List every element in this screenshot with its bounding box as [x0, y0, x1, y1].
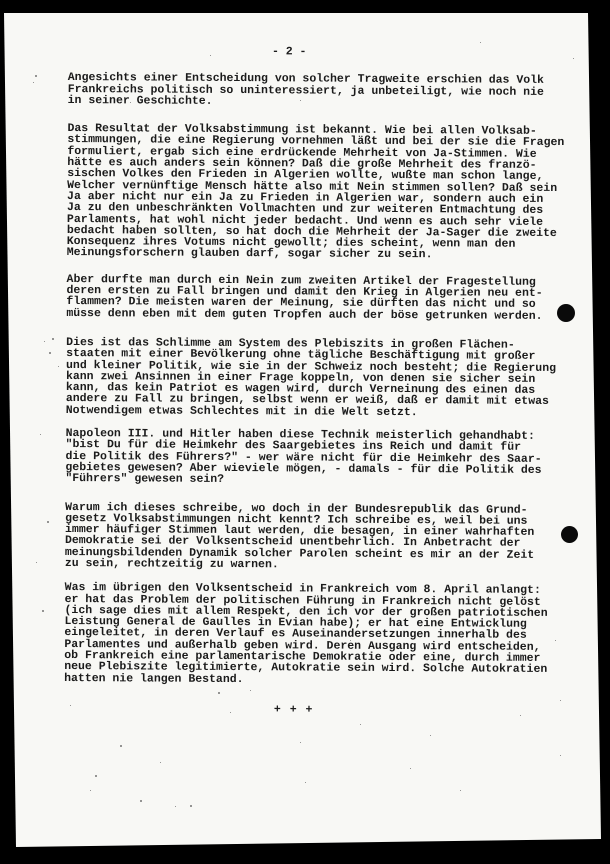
scan-speck [350, 640, 351, 641]
scan-speck [140, 800, 142, 802]
scan-speck [573, 58, 574, 59]
scan-speck [49, 352, 51, 354]
typewritten-text-block: - 2 - Angesichts einer Entscheidung von … [64, 45, 586, 717]
scan-speck [70, 705, 71, 706]
scan-speck [36, 562, 37, 563]
scan-background: { "colors": { "background": "#000000", "… [0, 0, 610, 864]
scan-speck [300, 742, 301, 743]
scan-speck [90, 790, 91, 791]
scan-speck [218, 692, 220, 694]
scan-speck [480, 42, 481, 43]
scan-speck [305, 782, 306, 783]
paragraph: Aber durfte man durch ein Nein zum zweit… [66, 274, 584, 322]
paragraph: Was im übrigen den Volksentscheid in Fra… [64, 582, 583, 687]
scan-speck [175, 806, 176, 807]
scan-speck [44, 341, 45, 342]
scan-speck [430, 735, 431, 736]
scan-speck [160, 762, 161, 763]
scan-speck [33, 82, 34, 83]
scan-speck [520, 715, 521, 716]
scan-speck [460, 790, 461, 791]
paragraph: Das Resultat der Volksabstimmung ist bek… [67, 123, 586, 262]
scan-speck [47, 521, 49, 523]
scan-speck [560, 700, 561, 701]
page-number: - 2 - [272, 46, 586, 59]
scan-speck [190, 805, 192, 807]
scan-speck [95, 775, 97, 777]
scan-speck [555, 640, 556, 641]
scan-speck [210, 55, 211, 56]
scan-speck [52, 338, 54, 340]
scan-speck [58, 366, 59, 367]
scan-speck [40, 434, 41, 435]
scan-speck [300, 100, 301, 101]
scan-speck [230, 712, 231, 713]
ink-dot [557, 304, 575, 322]
paragraph: Warum ich dieses schreibe, wo doch in de… [65, 501, 583, 572]
document-page: - 2 - Angesichts einer Entscheidung von … [0, 0, 610, 864]
scan-speck [360, 724, 361, 725]
end-of-text-mark: + + + [274, 704, 582, 717]
scan-speck [410, 768, 411, 769]
scan-speck [560, 755, 561, 756]
scan-speck [250, 690, 251, 691]
scan-speck [35, 75, 37, 77]
scan-speck [120, 745, 122, 747]
paragraph: Napoleon III. und Hitler haben diese Tec… [65, 428, 583, 488]
scan-speck [130, 102, 131, 103]
paragraph: Dies ist das Schlimme am System des Pleb… [66, 337, 584, 419]
paragraph: Angesichts einer Entscheidung von solche… [68, 72, 586, 109]
ink-dot [561, 526, 578, 543]
scan-speck [42, 610, 44, 612]
